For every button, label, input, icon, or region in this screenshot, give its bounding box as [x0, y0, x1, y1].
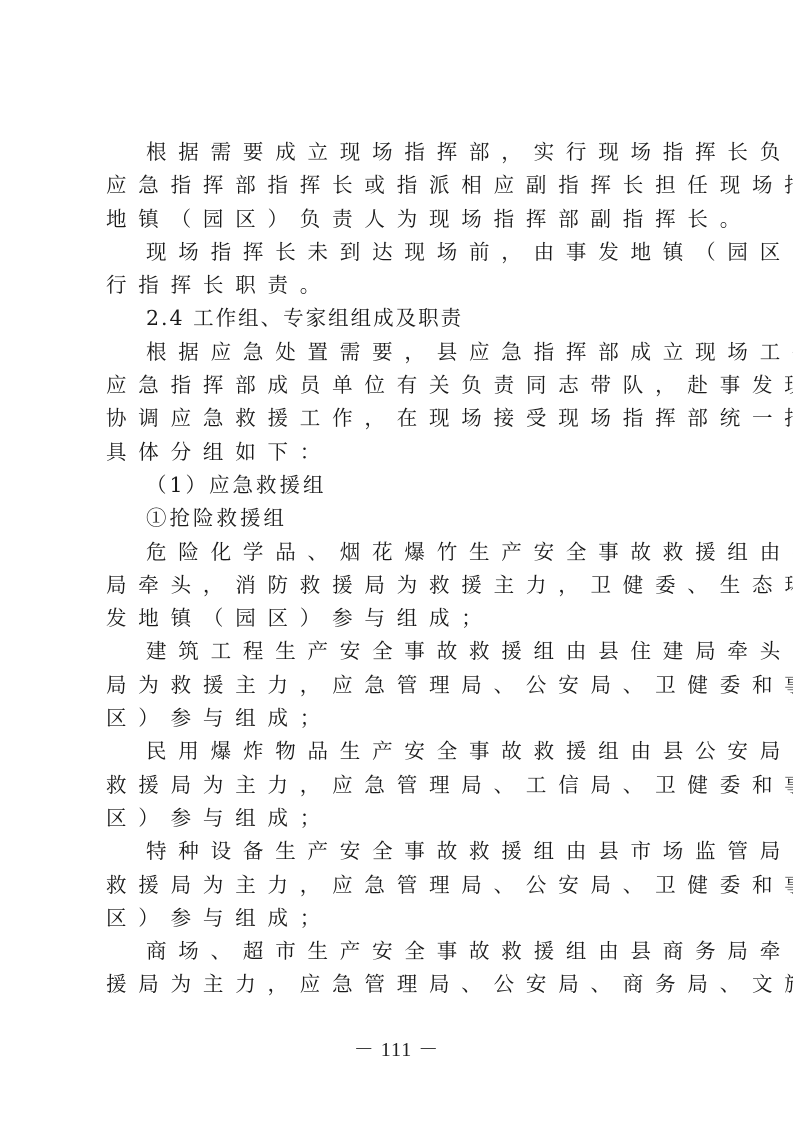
paragraph-line: 局为救援主力，应急管理局、公安局、卫健委和事发地镇（园 [106, 669, 694, 702]
paragraph-line: 建筑工程生产安全事故救援组由县住建局牵头，消防救援 [106, 635, 694, 668]
paragraph-line: 现场指挥长未到达现场前，由事发地镇（园区）负责人履 [106, 236, 694, 269]
paragraph-line: 救援局为主力，应急管理局、公安局、卫健委和事发地镇（园 [106, 869, 694, 902]
paragraph-line: 行指挥长职责。 [106, 269, 694, 302]
paragraph-line: 根据应急处置需要，县应急指挥部成立现场工作组，由县 [106, 336, 694, 369]
page-number: － 111 － [0, 1033, 793, 1062]
paragraph-line: 区）参与组成； [106, 802, 694, 835]
paragraph-line: 区）参与组成； [106, 902, 694, 935]
paragraph-line: 应急指挥部成员单位有关负责同志带队，赴事发现场组织指导 [106, 369, 694, 402]
paragraph-line: 危险化学品、烟花爆竹生产安全事故救援组由县应急管理 [106, 536, 694, 569]
paragraph-line: 援局为主力，应急管理局、公安局、商务局、文旅体局、卫健 [106, 968, 694, 1001]
document-body: 根据需要成立现场指挥部，实行现场指挥长负责制。由县 应急指挥部指挥长或指派相应副… [106, 136, 694, 1002]
document-page: 根据需要成立现场指挥部，实行现场指挥长负责制。由县 应急指挥部指挥长或指派相应副… [0, 0, 793, 1122]
paragraph-line: 地镇（园区）负责人为现场指挥部副指挥长。 [106, 203, 694, 236]
paragraph-line: 应急指挥部指挥长或指派相应副指挥长担任现场指挥长，事发 [106, 169, 694, 202]
subsection-heading: ①抢险救援组 [106, 502, 694, 535]
paragraph-line: 救援局为主力，应急管理局、工信局、卫健委和事发地镇（园 [106, 769, 694, 802]
paragraph-line: 特种设备生产安全事故救援组由县市场监管局牵头，消防 [106, 835, 694, 868]
paragraph-line: 根据需要成立现场指挥部，实行现场指挥长负责制。由县 [106, 136, 694, 169]
paragraph-line: 民用爆炸物品生产安全事故救援组由县公安局牵头，消防 [106, 735, 694, 768]
section-heading: 2.4 工作组、专家组组成及职责 [106, 302, 694, 335]
paragraph-line: 具体分组如下： [106, 436, 694, 469]
paragraph-line: 协调应急救援工作，在现场接受现场指挥部统一指挥、协调， [106, 402, 694, 435]
paragraph-line: 局牵头，消防救援局为救援主力，卫健委、生态环境分局和事 [106, 569, 694, 602]
subsection-heading: （1）应急救援组 [106, 469, 694, 502]
paragraph-line: 商场、超市生产安全事故救援组由县商务局牵头，消防救 [106, 935, 694, 968]
paragraph-line: 发地镇（园区）参与组成； [106, 602, 694, 635]
paragraph-line: 区）参与组成； [106, 702, 694, 735]
